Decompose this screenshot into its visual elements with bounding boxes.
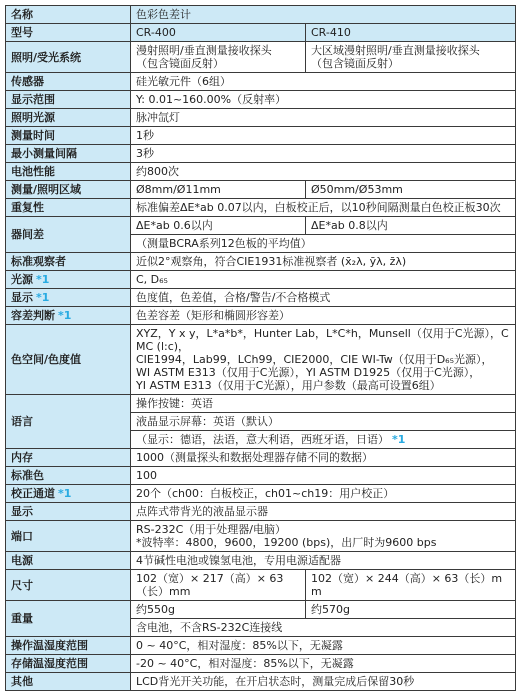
label-min-interval: 最小测量间隔 (6, 145, 131, 163)
label-text: 重复性 (11, 201, 44, 214)
value-size-cr400: 102（宽）× 217（高）× 63（长）mm (131, 570, 306, 601)
row-power: 电源 4节碱性电池或镍氢电池，专用电源适配器 (6, 552, 516, 570)
value-repeatability: 标准偏差ΔE*ab 0.07以内，白板校正后，以10秒间隔测量白色校正板30次 (131, 199, 516, 217)
label-sensor: 传感器 (6, 73, 131, 91)
row-language: 语言 操作按键：英语 (6, 395, 516, 413)
footnote-marker: *1 (36, 291, 49, 304)
label-other: 其他 (6, 673, 131, 691)
row-optical-system: 照明/受光系统 漫射照明/垂直测量接收探头 （包含镜面反射） 大区域漫射照明/垂… (6, 42, 516, 73)
value-weight-cr410: 约570g (306, 601, 516, 619)
value-inter-instrument-note: （测量BCRA系列12色板的平均值） (131, 235, 516, 253)
row-weight: 重量 约550g 约570g (6, 601, 516, 619)
row-display-mode: 显示*1 色度值，色差值，合格/警告/不合格模式 (6, 289, 516, 307)
label-text: 容差判断 (11, 309, 55, 322)
row-display-range: 显示范围 Y: 0.01~160.00%（反射率） (6, 91, 516, 109)
label-repeatability: 重复性 (6, 199, 131, 217)
label-storage-range: 存储温湿度范围 (6, 655, 131, 673)
label-text: 显示 (11, 291, 33, 304)
value-tolerance: 色差容差（矩形和椭圆形容差） (131, 307, 516, 325)
value-measure-area-cr410: Ø50mm/Ø53mm (306, 181, 516, 199)
label-text: 尺寸 (11, 579, 33, 592)
label-display-range: 显示范围 (6, 91, 131, 109)
row-battery-perf: 电池性能 约800次 (6, 163, 516, 181)
label-model: 型号 (6, 24, 131, 42)
row-observer: 标准观察者 近似2°观察角，符合CIE1931标准视察者 (x̄₂λ, ȳλ, … (6, 253, 516, 271)
row-model: 型号 CR-400 CR-410 (6, 24, 516, 42)
row-sensor: 传感器 硅光敏元件（6组） (6, 73, 516, 91)
value-other: LCD背光开关功能，在开启状态时，测量完成后保留30秒 (131, 673, 516, 691)
label-observer: 标准观察者 (6, 253, 131, 271)
label-text: 光源 (11, 273, 33, 286)
value-optical-cr400: 漫射照明/垂直测量接收探头 （包含镜面反射） (131, 42, 306, 73)
row-measure-area: 测量/照明区域 Ø8mm/Ø11mm Ø50mm/Ø53mm (6, 181, 516, 199)
value-model-cr410: CR-410 (306, 24, 516, 42)
value-power: 4节碱性电池或镍氢电池，专用电源适配器 (131, 552, 516, 570)
row-display-unit: 显示 点阵式带背光的液晶显示器 (6, 503, 516, 521)
value-min-interval: 3秒 (131, 145, 516, 163)
label-text: 重量 (11, 612, 33, 625)
footnote-marker: *1 (58, 309, 71, 322)
row-measure-time: 测量时间 1秒 (6, 127, 516, 145)
label-text: 名称 (11, 8, 33, 21)
row-min-interval: 最小测量间隔 3秒 (6, 145, 516, 163)
label-text: 色空间/色度值 (11, 353, 81, 366)
footnote-marker: *1 (58, 487, 71, 500)
footnote-marker: *1 (36, 273, 49, 286)
value-display-range: Y: 0.01~160.00%（反射率） (131, 91, 516, 109)
label-lamp: 照明光源 (6, 109, 131, 127)
value-storage-range: -20 ~ 40°C，相对湿度：85%以下，无凝露 (131, 655, 516, 673)
value-display-mode: 色度值，色差值，合格/警告/不合格模式 (131, 289, 516, 307)
value-language-keys: 操作按键：英语 (131, 395, 516, 413)
footnote-marker: *1 (392, 433, 405, 446)
label-power: 电源 (6, 552, 131, 570)
label-inter-instrument: 器间差 (6, 217, 131, 253)
value-sensor: 硅光敏元件（6组） (131, 73, 516, 91)
value-language-display: （显示：德语，法语，意大利语，西班牙语，日语）*1 (131, 431, 516, 449)
label-text: 其他 (11, 675, 33, 688)
value-battery-perf: 约800次 (131, 163, 516, 181)
value-language-lcd: 液晶显示屏幕：英语（默认） (131, 413, 516, 431)
row-illuminant: 光源*1 C, D₆₅ (6, 271, 516, 289)
label-text: 校正通道 (11, 487, 55, 500)
value-color-space: XYZ，Y x y，L*a*b*，Hunter Lab，L*C*h，Munsel… (131, 325, 516, 395)
value-optical-cr410: 大区域漫射照明/垂直测量接收探头 （包含镜面反射） (306, 42, 516, 73)
row-memory: 内存 1000（测量探头和数据处理器存储不同的数据） (6, 449, 516, 467)
label-operating-range: 操作温湿度范围 (6, 637, 131, 655)
label-text: 测量/照明区域 (11, 183, 81, 196)
row-target-colors: 标准色 100 (6, 467, 516, 485)
value-model-cr400: CR-400 (131, 24, 306, 42)
value-illuminant: C, D₆₅ (131, 271, 516, 289)
label-language: 语言 (6, 395, 131, 449)
label-text: 内存 (11, 451, 33, 464)
row-tolerance: 容差判断*1 色差容差（矩形和椭圆形容差） (6, 307, 516, 325)
value-name: 色彩色差计 (131, 6, 516, 24)
spec-sheet: 名称 色彩色差计 型号 CR-400 CR-410 照明/受光系统 漫射照明/垂… (0, 0, 520, 696)
label-text: 标准观察者 (11, 255, 66, 268)
label-measure-area: 测量/照明区域 (6, 181, 131, 199)
value-interface: RS-232C（用于处理器/电脑） *波特率：4800，9600，19200 (… (131, 521, 516, 552)
label-text: 显示范围 (11, 93, 55, 106)
label-size: 尺寸 (6, 570, 131, 601)
value-inter-instrument-cr410: ΔE*ab 0.8以内 (306, 217, 516, 235)
value-weight-cr400: 约550g (131, 601, 306, 619)
row-name: 名称 色彩色差计 (6, 6, 516, 24)
label-text: 照明/受光系统 (11, 51, 81, 64)
value-text: （显示：德语，法语，意大利语，西班牙语，日语） (136, 433, 389, 446)
spec-table: 名称 色彩色差计 型号 CR-400 CR-410 照明/受光系统 漫射照明/垂… (5, 5, 516, 691)
label-text: 显示 (11, 505, 33, 518)
row-color-space: 色空间/色度值 XYZ，Y x y，L*a*b*，Hunter Lab，L*C*… (6, 325, 516, 395)
label-text: 器间差 (11, 228, 44, 241)
row-interface: 端口 RS-232C（用于处理器/电脑） *波特率：4800，9600，1920… (6, 521, 516, 552)
row-repeatability: 重复性 标准偏差ΔE*ab 0.07以内，白板校正后，以10秒间隔测量白色校正板… (6, 199, 516, 217)
label-text: 操作温湿度范围 (11, 639, 88, 652)
value-size-cr410: 102（宽）× 244（高）× 63（长）mm (306, 570, 516, 601)
label-target-colors: 标准色 (6, 467, 131, 485)
label-text: 最小测量间隔 (11, 147, 77, 160)
row-other: 其他 LCD背光开关功能，在开启状态时，测量完成后保留30秒 (6, 673, 516, 691)
label-text: 电池性能 (11, 165, 55, 178)
label-color-space: 色空间/色度值 (6, 325, 131, 395)
label-interface: 端口 (6, 521, 131, 552)
label-text: 存储温湿度范围 (11, 657, 88, 670)
label-text: 语言 (11, 415, 33, 428)
label-text: 照明光源 (11, 111, 55, 124)
label-display-mode: 显示*1 (6, 289, 131, 307)
value-memory: 1000（测量探头和数据处理器存储不同的数据） (131, 449, 516, 467)
label-text: 端口 (11, 530, 33, 543)
value-observer: 近似2°观察角，符合CIE1931标准视察者 (x̄₂λ, ȳλ, z̄λ) (131, 253, 516, 271)
label-memory: 内存 (6, 449, 131, 467)
value-inter-instrument-cr400: ΔE*ab 0.6以内 (131, 217, 306, 235)
value-display-unit: 点阵式带背光的液晶显示器 (131, 503, 516, 521)
row-operating-range: 操作温湿度范围 0 ~ 40°C，相对湿度：85%以下，无凝露 (6, 637, 516, 655)
label-battery-perf: 电池性能 (6, 163, 131, 181)
row-lamp: 照明光源 脉冲氙灯 (6, 109, 516, 127)
label-weight: 重量 (6, 601, 131, 637)
value-calibration: 20个（ch00：白板校正，ch01~ch19：用户校正） (131, 485, 516, 503)
row-inter-instrument: 器间差 ΔE*ab 0.6以内 ΔE*ab 0.8以内 (6, 217, 516, 235)
label-text: 标准色 (11, 469, 44, 482)
value-lamp: 脉冲氙灯 (131, 109, 516, 127)
row-calibration: 校正通道*1 20个（ch00：白板校正，ch01~ch19：用户校正） (6, 485, 516, 503)
row-storage-range: 存储温湿度范围 -20 ~ 40°C，相对湿度：85%以下，无凝露 (6, 655, 516, 673)
label-text: 测量时间 (11, 129, 55, 142)
value-operating-range: 0 ~ 40°C，相对湿度：85%以下，无凝露 (131, 637, 516, 655)
label-calibration: 校正通道*1 (6, 485, 131, 503)
label-text: 传感器 (11, 75, 44, 88)
value-target-colors: 100 (131, 467, 516, 485)
label-tolerance: 容差判断*1 (6, 307, 131, 325)
label-illuminant: 光源*1 (6, 271, 131, 289)
label-text: 电源 (11, 554, 33, 567)
label-optical-system: 照明/受光系统 (6, 42, 131, 73)
label-measure-time: 测量时间 (6, 127, 131, 145)
label-name: 名称 (6, 6, 131, 24)
row-size: 尺寸 102（宽）× 217（高）× 63（长）mm 102（宽）× 244（高… (6, 570, 516, 601)
label-text: 型号 (11, 26, 33, 39)
value-weight-note: 含电池，不含RS-232C连接线 (131, 619, 516, 637)
value-measure-area-cr400: Ø8mm/Ø11mm (131, 181, 306, 199)
label-display-unit: 显示 (6, 503, 131, 521)
value-measure-time: 1秒 (131, 127, 516, 145)
